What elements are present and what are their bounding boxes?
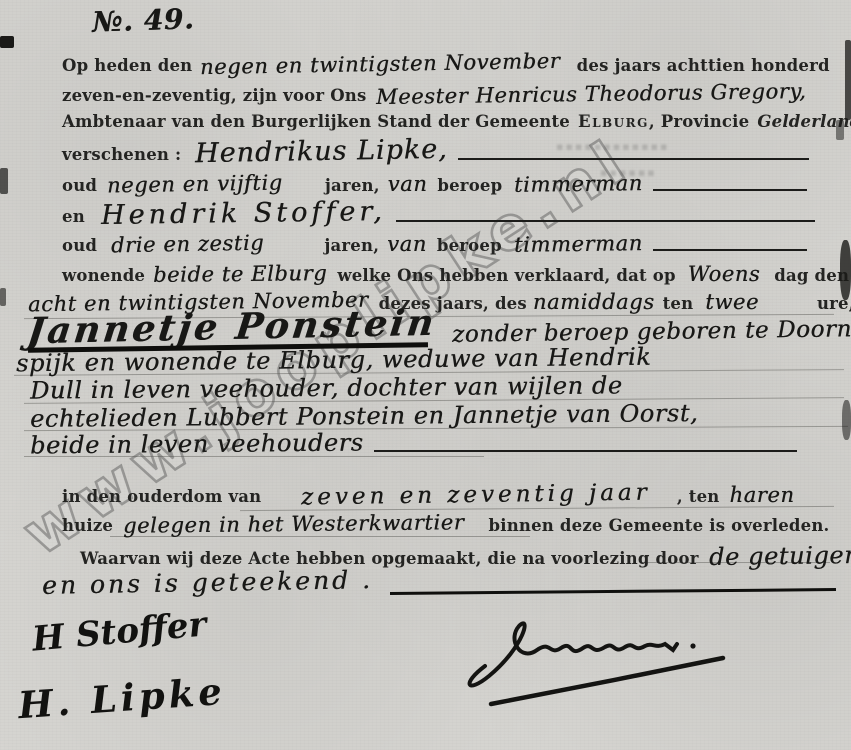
bleed-through-artifact: ▪▪▪▪▪▪▪▪▪▪▪▪ (556, 140, 746, 153)
printed-text: des jaars achttien honderd (577, 56, 830, 75)
printed-text: wonende (62, 266, 145, 285)
handwritten-date: negen en twintigsten November (200, 49, 561, 79)
fill-line (653, 249, 807, 251)
printed-text: jaren, (324, 236, 379, 255)
scan-artifact (842, 400, 851, 440)
printed-text: Ambtenaar van den Burgerlijken Stand der… (62, 112, 570, 131)
scan-artifact (0, 36, 14, 48)
printed-text: welke Ons hebben verklaard, dat op (337, 266, 675, 285)
scan-artifact (836, 120, 844, 140)
death-certificate-scan: www.jooplipke.nl №. 49. Op heden den neg… (0, 0, 851, 750)
printed-text: zeven-en-zeventig, zijn voor Ons (62, 86, 366, 105)
printed-text: oud (62, 236, 97, 255)
municipality-name: Elburg (578, 112, 649, 131)
fill-line (396, 220, 815, 222)
witness-signature-stoffer: H Stoffer (31, 604, 208, 659)
printed-text: in den ouderdom van (62, 487, 261, 506)
handwritten-residence: beide te Elburg (153, 261, 327, 287)
handwritten-text: en ons is geteekend . (42, 565, 373, 600)
fill-line (374, 450, 797, 452)
printed-text: dag den (774, 266, 849, 285)
witness-signature-lipke: H. Lipke (17, 669, 227, 727)
handwritten-text: zonder beroep geboren te Doorn- (451, 316, 851, 348)
fill-line (458, 158, 809, 160)
printed-text: verschenen : (62, 145, 181, 164)
handwritten-death-place: gelegen in het Westerkwartier (123, 510, 465, 538)
witness2-occupation: timmerman (514, 231, 643, 257)
fill-line (653, 189, 807, 191)
printed-text: binnen deze Gemeente is overleden. (488, 516, 829, 535)
printed-text: , ten (677, 487, 720, 506)
printed-text: huize (62, 516, 113, 535)
document-number: №. 49. (91, 2, 194, 39)
scan-artifact (0, 168, 8, 194)
scan-artifact (840, 240, 851, 300)
handwritten-text: van (388, 172, 428, 196)
handwritten-text: haren (729, 483, 794, 507)
printed-text: en (62, 207, 85, 226)
witness1-age: negen en vijftig (107, 170, 283, 197)
witness1-name: Hendrikus Lipke, (195, 134, 448, 169)
printed-text: beroep (437, 176, 502, 195)
scan-artifact (0, 288, 6, 306)
handwritten-age-at-death: zeven en zeventig jaar (301, 480, 651, 511)
printed-text: Op heden den (62, 56, 192, 75)
fill-line (390, 588, 836, 595)
official-signature (455, 600, 765, 715)
witness2-name: Hendrik Stoffer, (101, 196, 386, 231)
printed-text: oud (62, 176, 97, 195)
handwritten-text: van (387, 232, 427, 256)
printed-text: beroep (437, 236, 502, 255)
scan-artifact (845, 40, 851, 120)
handwritten-text: de getuigen (708, 541, 851, 571)
handwritten-text: beide in leven veehouders (30, 429, 364, 460)
handwritten-weekday: Woens (688, 262, 761, 286)
printed-text: Waarvan wij deze Acte hebben opgemaakt, … (80, 549, 699, 568)
handwritten-parents: echtelieden Lubbert Ponstein en Jannetje… (30, 399, 698, 433)
witness2-age: drie en zestig (111, 231, 265, 258)
printed-text: , Provincie (649, 112, 749, 131)
printed-text: jaren, (325, 176, 380, 195)
handwritten-registrar-name: Meester Henricus Theodorus Gregory, (376, 79, 807, 109)
bleed-through-artifact: ▪▪▪▪▪▪ (600, 166, 720, 179)
